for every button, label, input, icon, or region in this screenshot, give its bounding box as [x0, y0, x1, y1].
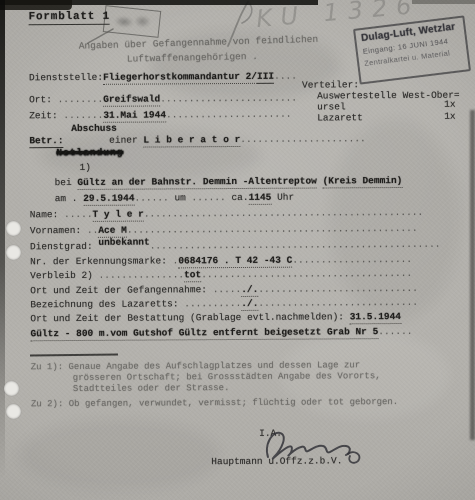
handwritten-mark [218, 0, 260, 48]
text-segment: 1) [79, 162, 90, 173]
text-segment: Nr. der Erkennungsmarke: [30, 255, 173, 267]
text-segment: ./. [241, 284, 258, 297]
note-zu1-line3: Stadtteiles oder der Strasse. [73, 383, 230, 394]
verteiler-count-1: 1x [444, 99, 455, 110]
text-segment: Luftwaffenangehörigen . [127, 51, 258, 65]
note-zu2-line: Zu 2): Ob gefangen, verwundet, vermisst;… [31, 397, 398, 410]
text-segment: .. [87, 225, 98, 236]
text-segment: ........................................… [150, 239, 441, 252]
text-segment: ca. [226, 192, 249, 203]
text-segment: Lazarett [317, 112, 363, 123]
text-segment: bei [55, 177, 78, 188]
text-segment: .... [274, 71, 297, 82]
text-segment: ........................................… [144, 207, 423, 220]
text-segment: .......... [184, 298, 241, 309]
text-segment: ....... [63, 110, 103, 121]
text-segment: um [169, 192, 192, 203]
punch-hole [6, 404, 21, 419]
text-segment: (Kreis Demmin) [323, 175, 403, 188]
signature-handwriting [262, 427, 372, 467]
note-zu1-line2: grösseren Ortschaft; bei Grossstädten An… [73, 371, 381, 383]
text-segment: ...... [192, 192, 226, 203]
text-segment: 31.5.1944 [350, 311, 401, 324]
dienstgrad-line: Dienstgrad: unbekannt...................… [30, 239, 441, 253]
text-segment: Verbleib 2) [30, 270, 98, 281]
text-segment: ...................... [240, 133, 365, 145]
verbleib-line: Verbleib 2) ...............tot..........… [30, 268, 412, 281]
text-segment: Ort und Zeit der Gefangennahme: [30, 284, 213, 296]
text-segment: Ort und Zeit der Bestattung (Grablage ev… [30, 311, 349, 324]
title-line-2: Luftwaffenangehörigen . [127, 51, 258, 65]
text-segment: Fliegerhorstkommandantur 2/ [103, 71, 257, 85]
scanned-form-page: Formblatt 1Angaben über Gefangennahme vo… [0, 0, 475, 500]
text-segment: ............................ [258, 283, 418, 295]
text-segment: Notlandung [56, 147, 123, 158]
text-segment: Dienststelle: [29, 72, 103, 83]
text-segment [64, 135, 110, 146]
text-segment: Abschuss [71, 123, 117, 134]
verteiler-item-1a: Auswertestelle West-Ober= [317, 90, 460, 102]
text-segment: Dienstgrad: [30, 241, 98, 252]
text-segment: ..... [64, 209, 93, 220]
text-segment: III [257, 71, 274, 84]
text-segment: Bezeichnung des Lazaretts: [30, 298, 184, 310]
text-segment: 1x [444, 111, 455, 122]
text-segment: unbekannt [98, 236, 149, 247]
text-segment: Verteiler: [302, 79, 359, 90]
text-segment: 1x [444, 99, 455, 110]
text-segment: ./. [241, 298, 258, 311]
verteiler-count-2: 1x [444, 111, 455, 122]
text-segment: Gültz - 800 m.vom Gutshof Gültz entfernt… [30, 326, 378, 341]
bestattung-line: Ort und Zeit der Bestattung (Grablage ev… [30, 311, 401, 324]
punch-hole [6, 221, 21, 236]
grab-line: Gültz - 800 m.vom Gutshof Gültz entfernt… [30, 326, 412, 339]
crash-site-line: bei Gültz an der Bahnstr. Demmin -Altent… [55, 175, 403, 188]
text-segment: einer [109, 135, 143, 146]
text-segment: Formblatt 1 [29, 11, 111, 25]
text-segment: 1145 [249, 192, 272, 205]
text-segment: ........ [58, 94, 104, 105]
dienststelle-line: Dienststelle:Fliegerhorstkommandantur 2/… [29, 71, 297, 84]
verteiler-item-1b: ursel [317, 101, 346, 112]
text-segment: 31.Mai 1944 [103, 109, 166, 122]
text-segment: ...... [134, 192, 168, 203]
item-1-marker: 1) [79, 162, 90, 173]
text-segment: Gültz an der Bahnstr. Demmin -Altentrept… [77, 176, 317, 190]
text-segment: Name: [30, 209, 64, 220]
pen-stroke-mark [86, 26, 116, 46]
text-segment: ...... [378, 326, 412, 337]
lazarett-line: Bezeichnung des Lazaretts: .........../.… [30, 297, 418, 310]
name-line: Name: .....T y l e r....................… [30, 207, 423, 220]
text-segment: Zu 1): Genaue Angabe des Aufschlagplatze… [31, 360, 361, 372]
text-segment: 0684176 . T 42 -43 C [178, 255, 292, 269]
text-segment: L i b e r a t o r [143, 134, 240, 148]
text-segment: Ort: [29, 94, 58, 105]
text-segment: . [173, 255, 179, 266]
text-segment: ........................................… [127, 223, 418, 236]
gefangennahme-line: Ort und Zeit der Gefangennahme: ....../.… [30, 283, 418, 296]
text-segment: ..................... [292, 254, 412, 266]
text-segment: Stadtteiles oder der Strasse. [73, 383, 230, 394]
abschuss-note: Abschuss [71, 123, 117, 134]
punch-hole [6, 245, 21, 260]
text-segment: ..... [213, 284, 242, 295]
text-segment: ...................... [166, 109, 291, 121]
erkennungsmarke-line: Nr. der Erkennungsmarke: .0684176 . T 42… [30, 254, 412, 267]
text-segment: am . [55, 193, 84, 204]
text-segment: Auswertestelle West-Ober= [317, 90, 460, 102]
text-segment: ............... [99, 269, 185, 281]
text-segment: Vornamen: [30, 225, 87, 236]
text-segment: ursel [317, 101, 346, 112]
notlandung-strike: Notlandung [56, 147, 123, 158]
ort-line: Ort: ........Greifswald.................… [29, 93, 297, 106]
text-segment: Zeit: [29, 110, 63, 121]
text-segment: Uhr [271, 192, 294, 203]
crash-date-line: am . 29.5.1944...... um ...... ca.1145 U… [55, 192, 295, 204]
formblatt-label: Formblatt 1 [29, 12, 110, 23]
betr-line: Betr.: einer L i b e r a t o r..........… [29, 133, 365, 146]
text-segment: ............................ [258, 297, 418, 309]
punch-hole [4, 381, 19, 396]
text-segment: T y l e r [92, 209, 143, 222]
verteiler-item-2: Lazarett [317, 112, 363, 123]
text-segment: Greifswald [103, 93, 160, 106]
text-segment: grösseren Ortschaft; bei Grossstädten An… [73, 371, 381, 383]
text-segment: tot [184, 269, 201, 282]
text-segment: ..................................... [201, 268, 412, 280]
text-segment: ........................ [160, 93, 297, 105]
vornamen-line: Vornamen: ..Ace M.......................… [30, 223, 418, 236]
text-segment: 29.5.1944 [83, 193, 134, 206]
zeit-line: Zeit: .......31.Mai 1944................… [29, 109, 291, 122]
text-segment: Zu 2): Ob gefangen, verwundet, vermisst;… [31, 397, 398, 409]
verteiler-header: Verteiler: [302, 79, 359, 90]
